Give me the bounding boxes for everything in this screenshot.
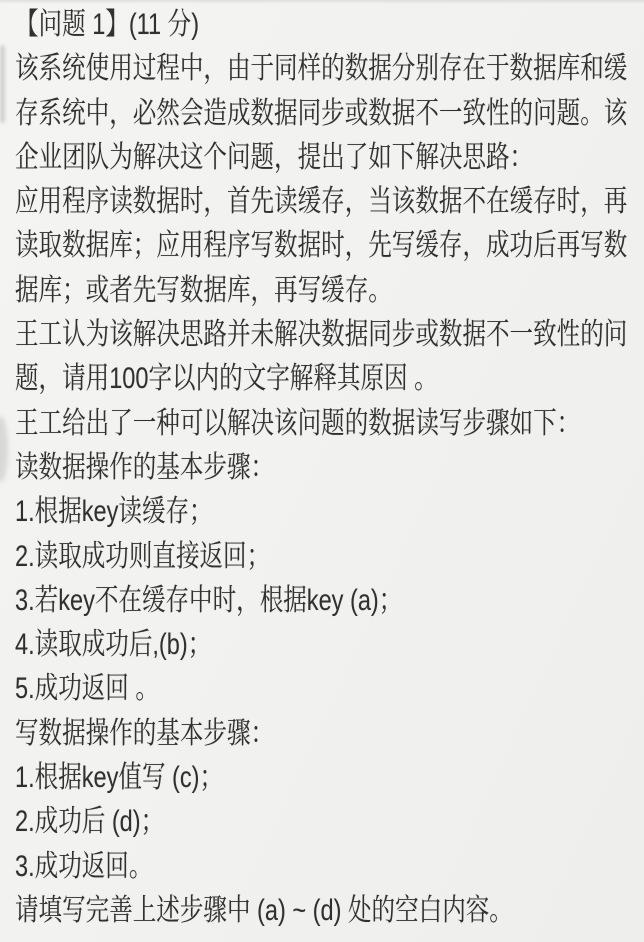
write-step-1: 1.根据key值写 (c)；: [15, 756, 506, 800]
document-page: 【问题 1】(11 分) 该系统使用过程中，由于同样的数据分别存在于数据库和缓 …: [0, 0, 644, 942]
text-line-intro-3: 企业团队为解决这个问题，提出了如下解决思路：: [15, 136, 506, 180]
text-line-wang-1: 王工认为该解决思路并未解决数据同步或数据不一致性的问: [15, 313, 506, 357]
text-line-idea-2: 读取数据库；应用程序写数据时，先写缓存，成功后再写数: [15, 224, 506, 268]
question-title: 【问题 1】(11 分): [15, 3, 506, 47]
text-line-wang-2: 题，请用100字以内的文字解释其原因 。: [15, 357, 506, 401]
read-step-2: 2.读取成功则直接返回；: [15, 535, 506, 579]
read-step-3: 3.若key不在缓存中时，根据key (a)；: [15, 579, 506, 623]
page-curl-shadow: [0, 416, 8, 482]
text-line-intro-2: 存系统中，必然会造成数据同步或数据不一致性的问题。该: [15, 92, 506, 136]
read-step-5: 5.成功返回 。: [15, 667, 506, 711]
write-step-2: 2.成功后 (d)；: [15, 800, 506, 844]
write-steps-heading: 写数据操作的基本步骤：: [15, 712, 506, 756]
read-step-4: 4.读取成功后,(b)；: [15, 623, 506, 667]
read-steps-heading: 读数据操作的基本步骤：: [15, 446, 506, 490]
text-line-wang-3: 王工给出了一种可以解决该问题的数据读写步骤如下：: [15, 402, 506, 446]
page-edge-shadow: [0, 45, 5, 123]
text-line-idea-1: 应用程序读数据时，首先读缓存，当该数据不在缓存时，再: [15, 180, 506, 224]
text-line-intro-1: 该系统使用过程中，由于同样的数据分别存在于数据库和缓: [15, 47, 506, 91]
read-step-1: 1.根据key读缓存；: [15, 490, 506, 534]
question-text: 【问题 1】(11 分) 该系统使用过程中，由于同样的数据分别存在于数据库和缓 …: [15, 3, 640, 933]
fill-blanks-prompt: 请填写完善上述步骤中 (a) ~ (d) 处的空白内容。: [15, 889, 506, 933]
text-line-idea-3: 据库；或者先写数据库，再写缓存。: [15, 269, 506, 313]
write-step-3: 3.成功返回。: [15, 845, 506, 889]
